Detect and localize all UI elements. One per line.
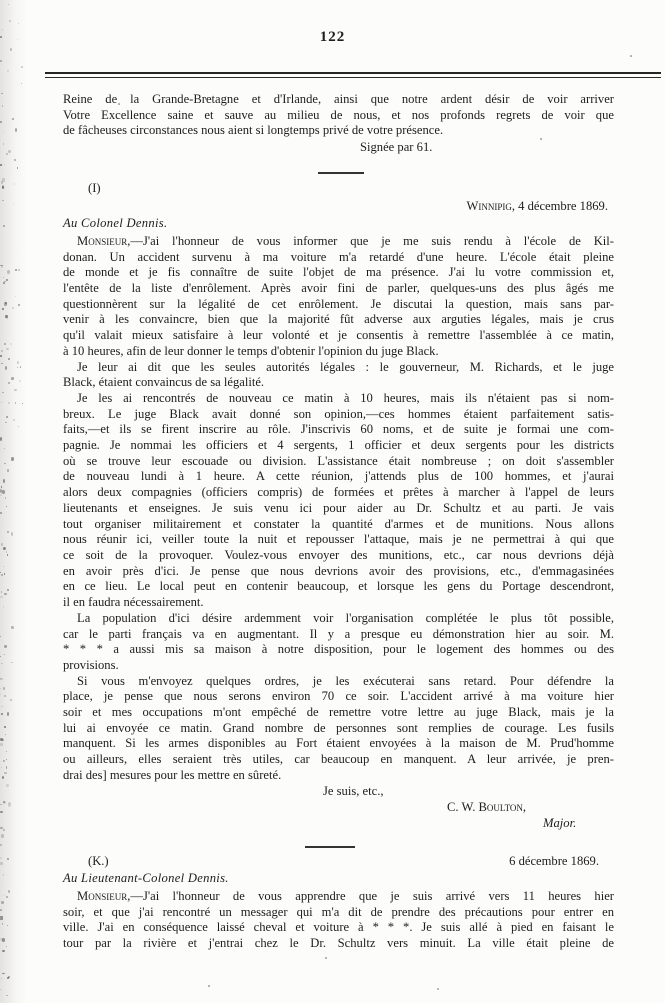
text-line: il en faudra nécessairement. bbox=[63, 595, 614, 611]
text-line: manquent. Si les armes disponibles au Fo… bbox=[63, 736, 614, 752]
text-line: alors deux compagnies (officiers compris… bbox=[63, 485, 614, 501]
text-line: faits,—et ils se firent inscrire au rôle… bbox=[63, 422, 614, 438]
text-line: nous réunir ici, veiller toute la nuit e… bbox=[63, 532, 614, 548]
preamble-paragraphs: Reine de la Grande-Bretagne et d'Irlande… bbox=[63, 92, 614, 139]
letter2-dateline: 6 décembre 1869. bbox=[509, 854, 614, 870]
text-line: à 10 heures, afin de leur donner le temp… bbox=[63, 344, 614, 360]
letter1-signature-title: Major. bbox=[63, 816, 614, 832]
letter2-label: (K.) bbox=[63, 854, 109, 870]
section-divider-rule bbox=[318, 172, 364, 174]
letter1-dateline-date: 4 décembre 1869. bbox=[515, 199, 608, 213]
text-line: Je leur ai dit que les seules autorités … bbox=[63, 360, 614, 376]
text-line: lui ai envoyée ce matin. Grand nombre de… bbox=[63, 721, 614, 737]
text-line: lieutenants et enseignes. Je suis venu i… bbox=[63, 501, 614, 517]
letter1-addressee: Au Colonel Dennis. bbox=[63, 216, 614, 232]
text-line: l'entête de la liste d'enrôlement. Après… bbox=[63, 281, 614, 297]
text-line: drai des] mesures pour les mettre en sûr… bbox=[63, 768, 614, 784]
text-line: Reine de la Grande-Bretagne et d'Irlande… bbox=[63, 92, 614, 108]
preamble-signature: Signée par 61. bbox=[63, 140, 614, 156]
text-line: de monde et je fis connaître de suite l'… bbox=[63, 265, 614, 281]
small-caps-word: Monsieur bbox=[77, 234, 127, 248]
text-line: de nouveau lundi à 1 heure. A cette réun… bbox=[63, 469, 614, 485]
letter2-body: Monsieur,—J'ai l'honneur de vous apprend… bbox=[63, 889, 614, 952]
text-line: provisions. bbox=[63, 658, 614, 674]
text-line: en avoir près d'ici. Je pense que nous d… bbox=[63, 564, 614, 580]
text-line: soir, et que j'ai rencontré un messager … bbox=[63, 905, 614, 921]
section-divider-rule-2 bbox=[305, 846, 355, 848]
text-line: breux. Le juge Black avait donné son opi… bbox=[63, 407, 614, 423]
text-line: soir et mes occupations m'ont empêché de… bbox=[63, 705, 614, 721]
page-number: 122 bbox=[0, 29, 665, 46]
letter1-dateline: Winnipig, 4 décembre 1869. bbox=[63, 199, 614, 215]
text-line: Monsieur,—J'ai l'honneur de vous apprend… bbox=[63, 889, 614, 905]
letter1-closing: Je suis, etc., bbox=[63, 784, 614, 800]
text-line: Je les ai rencontrés de nouveau ce matin… bbox=[63, 391, 614, 407]
letter2-header-row: (K.) 6 décembre 1869. bbox=[63, 854, 614, 870]
text-line: La population d'ici désire ardemment voi… bbox=[63, 611, 614, 627]
text-line: Black, étaient convaincus de sa légalité… bbox=[63, 375, 614, 391]
text-line: car le parti français va en augmentant. … bbox=[63, 627, 614, 643]
header-double-rule bbox=[45, 72, 661, 78]
text-line: * * * a aussi mis sa maison à notre disp… bbox=[63, 642, 614, 658]
text-line: donan. Un accident survenu à ma voiture … bbox=[63, 250, 614, 266]
text-line: questionnèrent sur la légalité de cet en… bbox=[63, 297, 614, 313]
text-line: pagnie. Je nommai les officiers et 4 ser… bbox=[63, 438, 614, 454]
text-line: tout organiser militairement et constate… bbox=[63, 517, 614, 533]
letter1-label: (I) bbox=[63, 181, 614, 197]
text-line: Votre Excellence saine et sauve au milie… bbox=[63, 108, 614, 124]
text-line: ou ailleurs, elles seraient très utiles,… bbox=[63, 752, 614, 768]
text-line: ville. J'ai en conséquence laissé cheval… bbox=[63, 920, 614, 936]
text-line: où se trouve leur escouade ou division. … bbox=[63, 454, 614, 470]
letter2-addressee: Au Lieutenant-Colonel Dennis. bbox=[63, 871, 614, 887]
text-line: qu'il valait mieux satisfaire à leur vol… bbox=[63, 328, 614, 344]
text-line: tour par la rivière et j'entrai chez le … bbox=[63, 936, 614, 952]
text-line: place, je pense que nous serons environ … bbox=[63, 689, 614, 705]
text-line: de fâcheuses circonstances nous aient si… bbox=[63, 123, 614, 139]
text-line: venir à les convaincre, bien que la majo… bbox=[63, 312, 614, 328]
letter1-body: Monsieur,—J'ai l'honneur de vous informe… bbox=[63, 234, 614, 784]
letter1-signature-name-text: C. W. Boulton, bbox=[447, 800, 526, 814]
scanned-book-page: { "page_number": "122", "preamble": { "p… bbox=[0, 0, 665, 1003]
text-line: ce soit de la provoquer. Voulez-vous env… bbox=[63, 548, 614, 564]
small-caps-word: Monsieur bbox=[77, 889, 127, 903]
letter1-signature-name: C. W. Boulton, bbox=[63, 800, 614, 816]
text-line: Si vous m'envoyez quelques ordres, je le… bbox=[63, 674, 614, 690]
text-line: Monsieur,—J'ai l'honneur de vous informe… bbox=[63, 234, 614, 250]
letter1-dateline-place: Winnipig, bbox=[466, 199, 515, 213]
text-line: en ce lieu. Le local peut en contenir be… bbox=[63, 579, 614, 595]
binding-edge-shadow bbox=[0, 0, 28, 1003]
text-column: Reine de la Grande-Bretagne et d'Irlande… bbox=[63, 92, 614, 952]
